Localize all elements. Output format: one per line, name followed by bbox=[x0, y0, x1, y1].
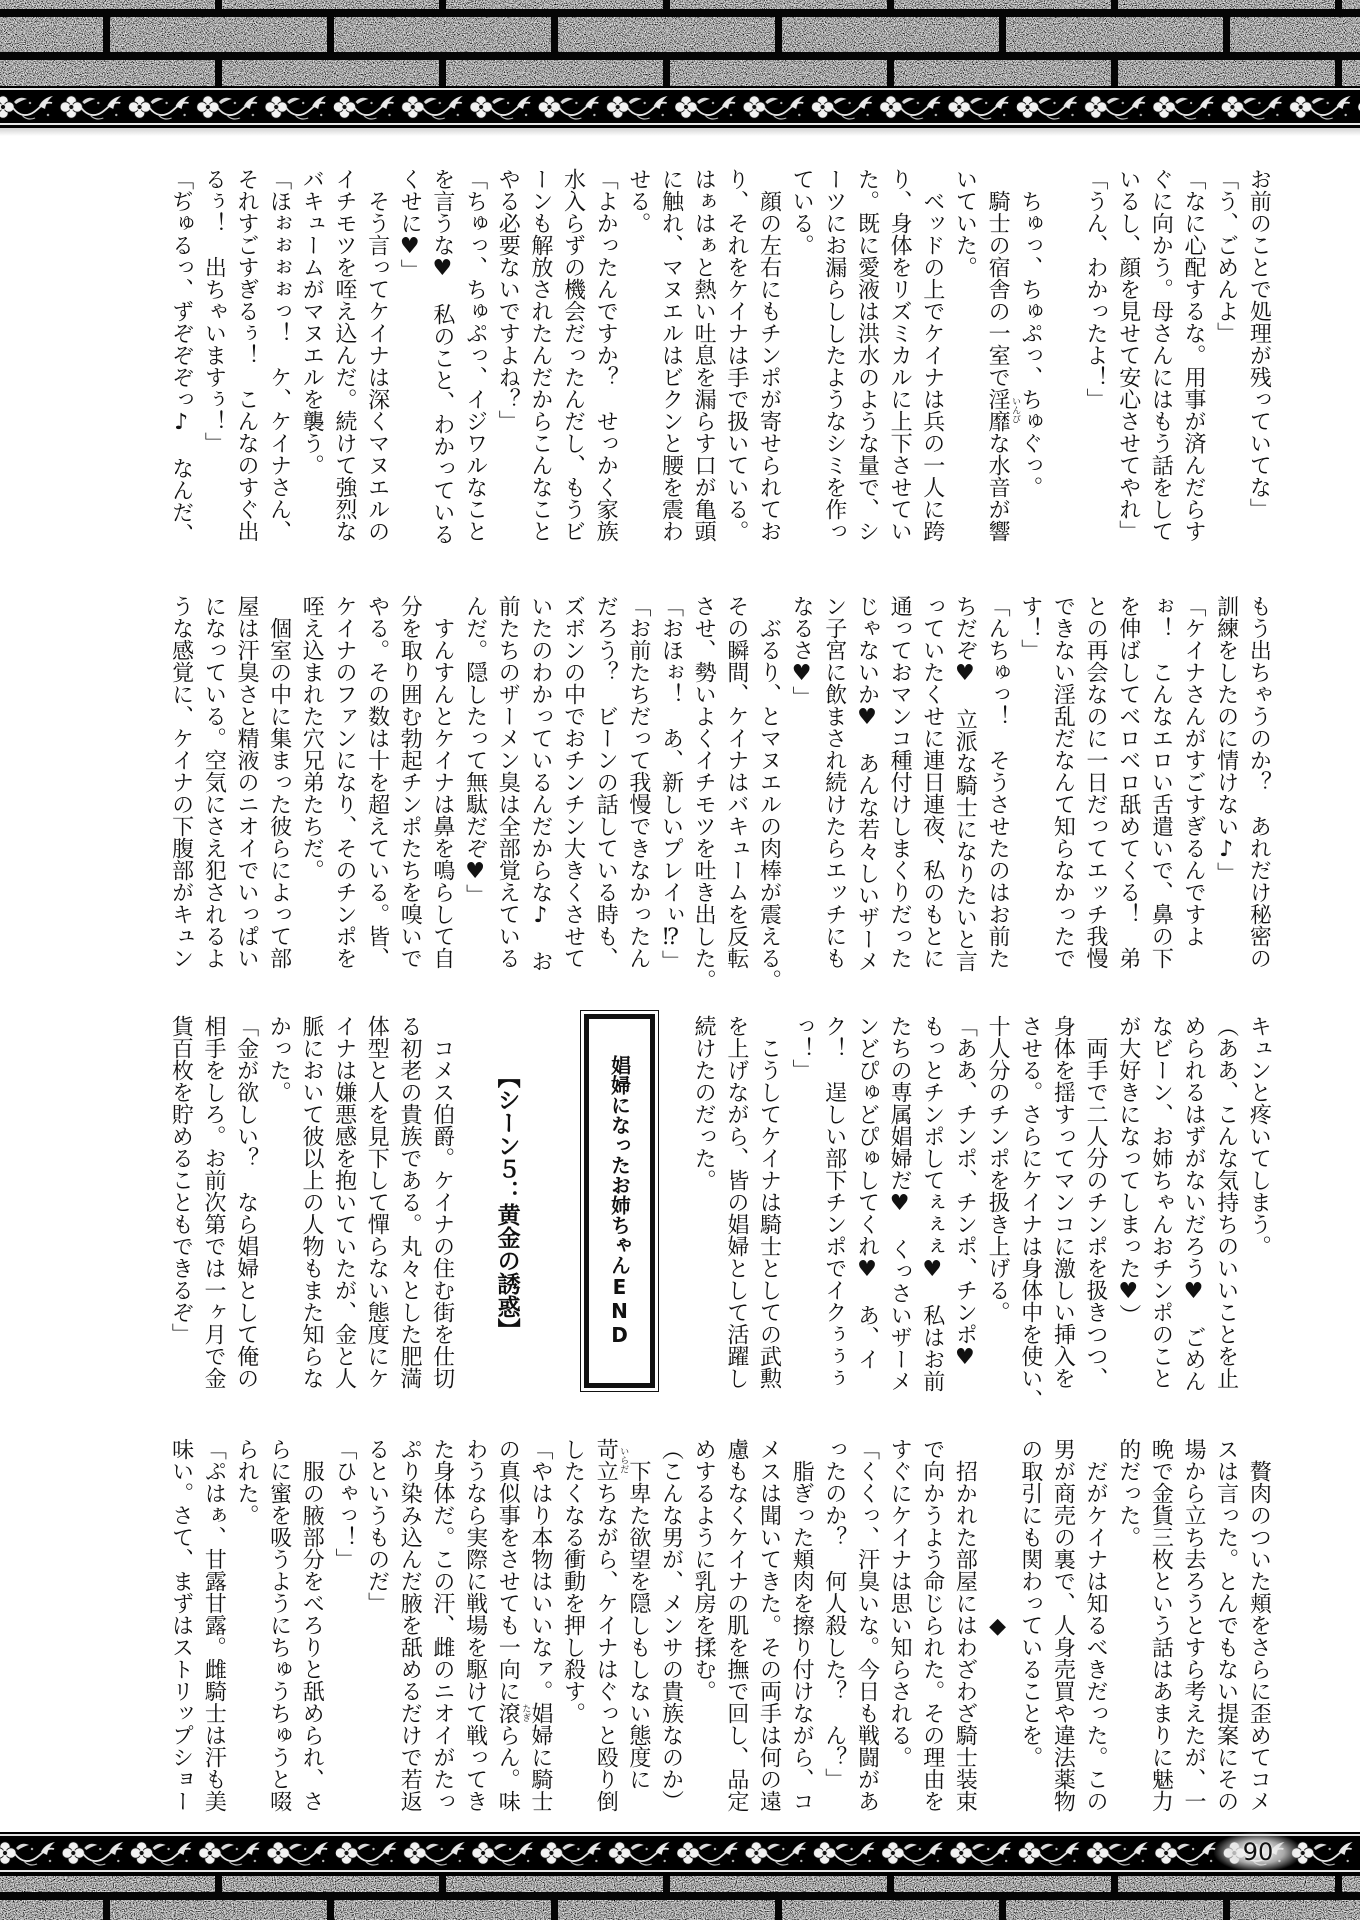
text-column: 「う、ごめんよ」 bbox=[1209, 168, 1242, 544]
text-column: で向かうよう命じられた。その理由を bbox=[915, 1438, 948, 1814]
text-column: を上げながら、皆の娼婦として活躍し bbox=[719, 1015, 752, 1391]
text-column: やる。その数は十を超えている。皆、 bbox=[360, 595, 393, 971]
ruby-base: 淫靡 bbox=[985, 388, 1010, 432]
text-column: 脈において彼以上の人物もまた知らな bbox=[294, 1015, 327, 1391]
text-column: キュンと疼いてしまう。 bbox=[1242, 1015, 1275, 1391]
text-column: 「なに心配するな。用事が済んだらす bbox=[1176, 168, 1209, 544]
chapter-end-label: 娼婦になったお姉ちゃんEND bbox=[610, 1055, 630, 1347]
text-column: もう出ちゃうのか？ あれだけ秘密の bbox=[1242, 595, 1275, 971]
text-column: っ！」 bbox=[784, 1015, 817, 1391]
ruby-base: 滾 bbox=[495, 1702, 520, 1724]
text-column: を言うな♥ 私のこと、わかっている bbox=[425, 168, 458, 544]
text-column: らに蜜を吸うようにちゅうちゅうと啜 bbox=[262, 1438, 295, 1814]
text-column: り、それをケイナは手で扱いている。 bbox=[719, 168, 752, 544]
text-segment: らん。味 bbox=[495, 1724, 520, 1812]
text-column: められるはずがないだろう♥ ごめん bbox=[1176, 1015, 1209, 1391]
text-column: めするように乳房を揉む。 bbox=[687, 1438, 720, 1814]
text-column: せる。 bbox=[621, 168, 654, 544]
text-column: 贅肉のついた頬をさらに歪めてコメ bbox=[1242, 1438, 1275, 1814]
novel-page: お前のことで処理が残っていてな」 「う、ごめんよ」 「なに心配するな。用事が済ん… bbox=[0, 0, 1360, 1920]
text-column: なるさ♥」 bbox=[784, 595, 817, 971]
brick-border-top bbox=[0, 0, 1360, 88]
text-column: んだ。隠したって無駄だぞ♥」 bbox=[458, 595, 491, 971]
ruby-base: 苛立 bbox=[593, 1438, 618, 1482]
text-column: だろう？ ビーンの話している時も、 bbox=[589, 595, 622, 971]
text-column: うな感覚に、ケイナの下腹部がキュン bbox=[164, 595, 197, 971]
page-number: 90 bbox=[1238, 1838, 1278, 1866]
text-column: 場から立ち去ろうとすら考えたが、一 bbox=[1176, 1438, 1209, 1814]
text-column: じゃないか♥ あんな若々しいザーメ bbox=[850, 595, 883, 971]
text-segment: の真似事をさせても一向に bbox=[495, 1438, 520, 1702]
text-column-with-ruby: 騎士の宿舎の一室で淫靡いんびな水音が響 bbox=[980, 168, 1013, 544]
text-column: 「うん、わかったよ！」 bbox=[1078, 168, 1111, 544]
text-column-with-ruby: 苛立いらだちながら、ケイナはぐっと殴り倒 bbox=[589, 1438, 622, 1814]
text-column: すんすんとケイナは鼻を鳴らして自 bbox=[425, 595, 458, 971]
text-column: わうなら実際に戦場を駆けて戦ってき bbox=[458, 1438, 491, 1814]
text-column: 晩で金貨三枚という話はあまりに魅力 bbox=[1144, 1438, 1177, 1814]
text-column: ーンも解放されたんだからこんなこと bbox=[523, 168, 556, 544]
text-column: ちゅっ、ちゅぷっ、ちゅぐっ。 bbox=[1013, 168, 1046, 544]
text-column: 顔の左右にもチンポが寄せられてお bbox=[752, 168, 785, 544]
text-segment: 騎士の宿舎の一室で bbox=[985, 168, 1010, 388]
text-column: やる必要ないですよね？」 bbox=[491, 168, 524, 544]
text-column: ぷり染み込んだ腋を舐めるだけで若返 bbox=[393, 1438, 426, 1814]
text-column: すぐにケイナは思い知らされる。 bbox=[882, 1438, 915, 1814]
text-column: イチモツを咥え込んだ。続けて強烈な bbox=[327, 168, 360, 544]
ruby-word: 滾たぎ bbox=[495, 1702, 520, 1724]
chapter-end-box-inner: 娼婦になったお姉ちゃんEND bbox=[584, 1014, 655, 1388]
ruby-reading: いらだ bbox=[618, 1447, 628, 1474]
text-column: 「おほぉ！ あ、新しいプレイぃ⁉」 bbox=[654, 595, 687, 971]
text-column: 慮もなくケイナの肌を撫で回し、品定 bbox=[719, 1438, 752, 1814]
text-column: なビーン、お姉ちゃんおチンポのこと bbox=[1144, 1015, 1177, 1391]
diamond-divider-icon: ◆ bbox=[980, 1438, 1013, 1814]
text-column: ク！ 逞しい部下チンポでイクぅぅぅ bbox=[817, 1015, 850, 1391]
text-column: 男が商売の裏で、人身売買や違法薬物 bbox=[1046, 1438, 1079, 1814]
text-column: 訓練をしたのに情けない♪」 bbox=[1209, 595, 1242, 971]
text-column: させる。さらにケイナは身体中を使い、 bbox=[1013, 1015, 1046, 1391]
text-column: ーツにお漏らししたようなシミを作っ bbox=[817, 168, 850, 544]
text-column: ケイナのファンになり、そのチンポを bbox=[327, 595, 360, 971]
text-column: るぅ！ 出ちゃいますぅ！」 bbox=[197, 168, 230, 544]
text-column: 服の腋部分をべろりと舐められ、さ bbox=[295, 1438, 328, 1814]
text-column: ったのか？ 何人殺した？ ん？」 bbox=[817, 1438, 850, 1814]
scene-heading: 【シーン５：黄金の誘惑】 bbox=[490, 1015, 523, 1391]
text-column: 「よかったんですか？ せっかく家族 bbox=[589, 168, 622, 544]
text-column: す！」 bbox=[1013, 595, 1046, 971]
text-column: 「ちゅっ、ちゅぷっ、イジワルなこと bbox=[458, 168, 491, 544]
text-column-with-ruby: の真似事をさせても一向に滾たぎらん。味 bbox=[491, 1438, 524, 1814]
text-column: 味い。さて、まずはストリップショー bbox=[164, 1438, 197, 1814]
text-column: 続けたのだった。 bbox=[687, 1015, 720, 1391]
text-column: 前たちのザーメン臭は全部覚えている bbox=[491, 595, 524, 971]
text-column: ぉ！ こんなエロい舌遣いで、鼻の下 bbox=[1144, 595, 1177, 971]
text-tier-2: もう出ちゃうのか？ あれだけ秘密の 訓練をしたのに情けない♪」 「ケイナさんがす… bbox=[164, 595, 1274, 971]
text-column: お前のことで処理が残っていてな」 bbox=[1242, 168, 1275, 544]
text-column: 脂ぎった頬肉を擦り付けながら、コ bbox=[784, 1438, 817, 1814]
text-column: メスは聞いてきた。その両手は何の遠 bbox=[752, 1438, 785, 1814]
text-column: その瞬間、ケイナはバキュームを反転 bbox=[719, 595, 752, 971]
text-column: 個室の中に集まった彼らによって部 bbox=[262, 595, 295, 971]
text-column: 下卑た欲望を隠しもしない態度に bbox=[621, 1438, 654, 1814]
text-column: できない淫乱だなんて知らなかったで bbox=[1046, 595, 1079, 971]
text-column: 「んちゅっ！ そうさせたのはお前た bbox=[980, 595, 1013, 971]
ruby-reading: いんび bbox=[1010, 397, 1020, 424]
brick-border-bottom bbox=[0, 1876, 1360, 1920]
text-column: ズボンの中でおチンチン大きくさせて bbox=[556, 595, 589, 971]
text-column: たちの専属娼婦だ♥ くっさいザーメ bbox=[882, 1015, 915, 1391]
text-column: かった。 bbox=[262, 1015, 295, 1391]
text-column: ンどぴゅどぴゅしてくれ♥ あ、イ bbox=[850, 1015, 883, 1391]
text-column: 「ぷはぁ、甘露甘露。雌騎士は汗も美 bbox=[197, 1438, 230, 1814]
text-column: っていたくせに連日連夜、私のもとに bbox=[915, 595, 948, 971]
text-segment: な水音が響 bbox=[985, 432, 1010, 542]
text-column: 屋は汗臭さと精液のニオイでいっぱい bbox=[229, 595, 262, 971]
text-column: したくなる衝動を押し殺す。 bbox=[556, 1438, 589, 1814]
text-column: 貨百枚を貯めることもできるぞ」 bbox=[164, 1015, 197, 1391]
text-column: 通っておマンコ種付けしまくりだった bbox=[882, 595, 915, 971]
text-column: 「くくっ、汗臭いな。今日も戦闘があ bbox=[850, 1438, 883, 1814]
text-column: 両手で二人分のチンポを扱きつつ、 bbox=[1078, 1015, 1111, 1391]
scene-break-blank-line bbox=[1046, 168, 1079, 544]
text-column: になっている。空気にさえ犯されるよ bbox=[197, 595, 230, 971]
text-column: る初老の貴族である。丸々とした肥満 bbox=[392, 1015, 425, 1391]
text-column: り、身体をリズミカルに上下させてい bbox=[882, 168, 915, 544]
band-shadow bbox=[0, 128, 1360, 136]
text-column: るというものだ」 bbox=[360, 1438, 393, 1814]
text-column: コメス伯爵。ケイナの住む街を仕切 bbox=[425, 1015, 458, 1391]
text-column: 「ケイナさんがすごすぎるんですよ bbox=[1176, 595, 1209, 971]
text-column: を伸ばしてベロベロ舐めてくる！ 弟 bbox=[1111, 595, 1144, 971]
ornament-band-bottom bbox=[0, 1832, 1360, 1876]
text-column: との再会なのに一日だってエッチ我慢 bbox=[1078, 595, 1111, 971]
text-tier-3: キュンと疼いてしまう。 （ああ、こんな気持ちのいいことを止 められるはずがないだ… bbox=[687, 1015, 1275, 1391]
ruby-word: 苛立いらだ bbox=[593, 1438, 618, 1482]
text-column: 分を取り囲む勃起チンポたちを嗅いで bbox=[393, 595, 426, 971]
text-column: 招かれた部屋にはわざわざ騎士装束 bbox=[948, 1438, 981, 1814]
text-column: 「お前たちだって我慢できなかったん bbox=[621, 595, 654, 971]
text-tier-3-scene: コメス伯爵。ケイナの住む街を仕切 る初老の貴族である。丸々とした肥満 体型と人を… bbox=[164, 1015, 458, 1391]
text-column: 的だった。 bbox=[1111, 1438, 1144, 1814]
text-column: いたのわかっているんだからな♪ お bbox=[523, 595, 556, 971]
text-column: た。既に愛液は洪水のような量で、シ bbox=[850, 168, 883, 544]
text-column: させ、勢いよくイチモツを吐き出した。 bbox=[687, 595, 720, 971]
text-column: ン子宮に飲まされ続けたらエッチにも bbox=[817, 595, 850, 971]
text-column: ぶるり、とマヌエルの肉棒が震える。 bbox=[752, 595, 785, 971]
text-column: 水入らずの機会だったんだし、もうビ bbox=[556, 168, 589, 544]
text-column: それすごすぎるぅ！ こんなのすぐ出 bbox=[229, 168, 262, 544]
text-column: いるし、顔を見せて安心させてやれ」 bbox=[1111, 168, 1144, 544]
text-column: ちだぞ♥ 立派な騎士になりたいと言 bbox=[948, 595, 981, 971]
text-column: だがケイナは知るべきだった。この bbox=[1078, 1438, 1111, 1814]
text-column: 体型と人を見下して憚らない態度にケ bbox=[360, 1015, 393, 1391]
text-column: 十人分のチンポを扱き上げる。 bbox=[980, 1015, 1013, 1391]
text-column: が大好きになってしまった♥） bbox=[1111, 1015, 1144, 1391]
text-segment: ちながら、ケイナはぐっと殴り倒 bbox=[593, 1482, 618, 1812]
text-column: こうしてケイナは騎士としての武勲 bbox=[752, 1015, 785, 1391]
text-column: 「ほぉぉぉぉっ！ ケ、ケイナさん、 bbox=[262, 168, 295, 544]
text-column: そう言ってケイナは深くマヌエルの bbox=[360, 168, 393, 544]
text-column: くせに♥」 bbox=[393, 168, 426, 544]
text-column: 「ひゃっ！」 bbox=[327, 1438, 360, 1814]
text-column: 「金が欲しい？ なら娼婦として俺の bbox=[229, 1015, 262, 1391]
text-column: 「ああ、チンポ、チンポ、チンポ♥ bbox=[948, 1015, 981, 1391]
ruby-reading: たぎ bbox=[520, 1704, 530, 1722]
text-column: 相手をしろ。お前次第では一ヶ月で金 bbox=[196, 1015, 229, 1391]
text-column: イナは嫌悪感を抱いていたが、金と人 bbox=[327, 1015, 360, 1391]
text-tier-1: お前のことで処理が残っていてな」 「う、ごめんよ」 「なに心配するな。用事が済ん… bbox=[164, 168, 1274, 544]
text-column: ている。 bbox=[784, 168, 817, 544]
chapter-end-box: 娼婦になったお姉ちゃんEND bbox=[580, 1010, 659, 1392]
text-column: 「ぢゅるっ、ずぞぞぞっ♪ なんだ、 bbox=[164, 168, 197, 544]
ruby-word: 淫靡いんび bbox=[985, 388, 1010, 432]
text-column: いていた。 bbox=[948, 168, 981, 544]
text-column: 身体を揺すってマンコに激しい挿入を bbox=[1046, 1015, 1079, 1391]
text-column: た身体だ。この汗、雌のニオイがたっ bbox=[425, 1438, 458, 1814]
text-column: もっとチンポしてぇぇぇ♥ 私はお前 bbox=[915, 1015, 948, 1391]
text-column: （こんな男が、メンサの貴族なのか） bbox=[654, 1438, 687, 1814]
text-column: 咥え込まれた穴兄弟たちだ。 bbox=[295, 595, 328, 971]
text-column: ベッドの上でケイナは兵の一人に跨 bbox=[915, 168, 948, 544]
text-column: スは言った。とんでもない提案にその bbox=[1209, 1438, 1242, 1814]
text-column: はぁはぁと熱い吐息を漏らす口が亀頭 bbox=[687, 168, 720, 544]
text-column: 「やはり本物はいいなァ。娼婦に騎士 bbox=[523, 1438, 556, 1814]
text-column: （ああ、こんな気持ちのいいことを止 bbox=[1209, 1015, 1242, 1391]
text-column: られた。 bbox=[229, 1438, 262, 1814]
text-column: に触れ、マヌエルはビクンと腰を震わ bbox=[654, 168, 687, 544]
text-tier-4: 贅肉のついた頬をさらに歪めてコメ スは言った。とんでもない提案にその 場から立ち… bbox=[164, 1438, 1274, 1814]
ornament-band-top bbox=[0, 86, 1360, 128]
text-column: ぐに向かう。母さんにはもう話をして bbox=[1144, 168, 1177, 544]
text-column: バキュームがマヌエルを襲う。 bbox=[295, 168, 328, 544]
text-column: の取引にも関わっていることを。 bbox=[1013, 1438, 1046, 1814]
